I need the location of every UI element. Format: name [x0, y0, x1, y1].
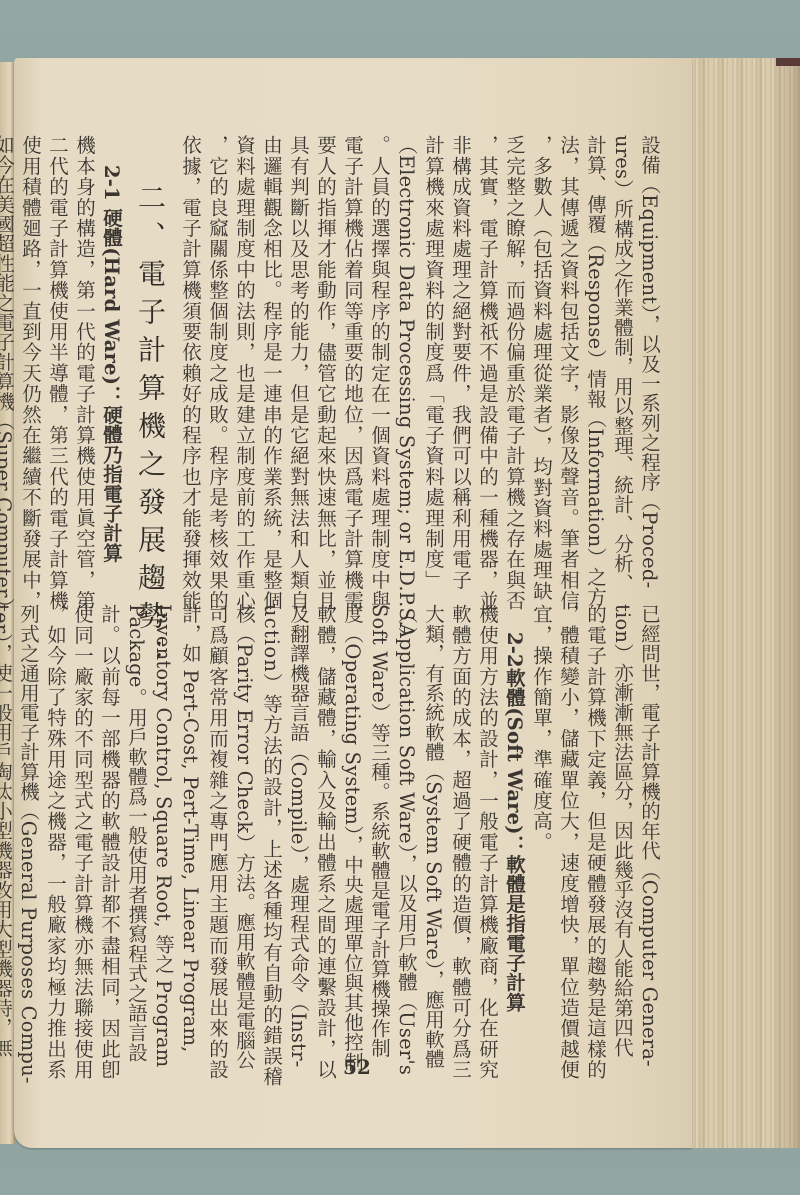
- text-column: 軟體，儲藏體，輸入及輸出體系之間的連繫設計，以: [312, 604, 338, 1034]
- text-column: 電子計算機佔着同等重要的地位，因爲電子計算機需: [339, 135, 365, 575]
- text-column: 度（Operating System），中央處理單位與其他控制: [339, 604, 365, 1034]
- text-column: 具有判斷以及思考的能力，但是它絕對無法和人類自: [285, 135, 311, 575]
- text-column: 計算、傳覆（Response）情報（Information）之方: [582, 135, 608, 575]
- text-column: ，多數人（包括資料處理從業者），均對資料處理缺: [528, 135, 554, 575]
- text-column: uction）等方法的設計，上述各種均有自動的錯誤稽: [258, 604, 284, 1034]
- section-heading: 二、電子計算機之發展趨勢：: [130, 135, 170, 575]
- text-column: （Application Soft Ware），以及用戶軟體（User's: [393, 604, 419, 1034]
- text-column: ，它的良窳關係整個制度之成敗。程序是考核效果的: [204, 135, 230, 575]
- text-column: 由邏輯觀念相比。程序是一連串的作業系統，是整個: [258, 135, 284, 575]
- text-column: 要人的指揮才能動作，儘管它動起來快速無比，並且: [312, 135, 338, 575]
- text-column: 司爲顧客常用而複雜之專門應用主題而發展出來的設: [204, 604, 230, 1034]
- book-cover-edge: [776, 58, 800, 66]
- text-column: 非構成資料處理之絕對要件，我們可以稱利用電子: [447, 135, 473, 575]
- text-column: 使同一廠家的不同型式之電子計算機亦無法聯接使用: [69, 604, 95, 1034]
- text-column: 依據，電子計算機須要依賴好的程序也才能發揮效能: [177, 135, 203, 575]
- top-text-band: 設備（Equipment），以及一系列之程序（Proced- ures）所構成之…: [52, 135, 662, 575]
- text-column: 二代的電子計算機使用半導體，第三代的電子計算機: [44, 135, 70, 575]
- text-column: ter），使一般用戶淘汰小型機器改用大型機器時，無: [0, 604, 14, 1034]
- text-column: Inventory Control, Square Root, 等之 Progr…: [150, 604, 176, 1034]
- text-column: Soft Ware）等三種。系統軟體是電子計算機操作制: [366, 604, 392, 1034]
- text-column: ures）所構成之作業體制，用以整理、統計、分析、: [609, 135, 635, 575]
- text-column: 計算機來處理資料的制度爲「電子資料處理制度」: [420, 135, 446, 575]
- text-column: 軟體方面的成本，超過了硬體的造價，軟體可分爲三: [447, 604, 473, 1034]
- text-column: 設備（Equipment），以及一系列之程序（Proced-: [636, 135, 662, 575]
- text-column: 使用積體廻路，一直到今天仍然在繼續不斷發展中，: [17, 135, 43, 575]
- text-column: 的電子計算機下定義，但是硬體發展的趨勢是這樣的: [582, 604, 608, 1034]
- text-column: ，如今除了特殊用途之機器，一般廠家均極力推出系: [42, 604, 68, 1034]
- text-column: 如今在美國超性能之電子計算機（Super Computer）: [0, 135, 16, 575]
- text-column: 及翻譯機器言語（Compile），處理程式命令（Instr-: [285, 604, 311, 1034]
- text-column: 乏完整之瞭解，而過份偏重於電子計算機之存在與否: [501, 135, 527, 575]
- text-column: （Electronic Data Processing System; or E…: [393, 135, 419, 575]
- text-column: ，體積變小，儲藏單位大，速度增快，單位造價越便: [555, 604, 581, 1034]
- text-column: 資料處理制度中的法則，也是建立制度前的工作重心: [231, 135, 257, 575]
- page-stack-edges: [690, 58, 800, 1148]
- text-column: 機使用方法的設計，一般電子計算機廠商，化在研究: [474, 604, 500, 1034]
- subsection-heading: 2-2軟體(Soft Ware)：軟體是指電子計算: [501, 604, 527, 1062]
- bottom-text-band: 已經問世，電子計算機的年代（Computer Genera- tion）亦漸漸無…: [46, 604, 662, 1034]
- text-column: 列式之通用電子計算機（General Purposes Compu-: [15, 604, 41, 1034]
- text-column: 宜，操作簡單，準確度高。: [528, 604, 554, 1034]
- text-column: 法，其傳遞之資料包括文字，影像及聲音。筆者相信: [555, 135, 581, 575]
- page-number: 52: [343, 1055, 371, 1079]
- text-column: 核（Parity Error Check）方法。應用軟體是電腦公: [231, 604, 257, 1034]
- text-column: 已經問世，電子計算機的年代（Computer Genera-: [636, 604, 662, 1034]
- text-column: ，其實，電子計算機祇不過是設備中的一種機器，並: [474, 135, 500, 575]
- text-column: 大類，有系統軟體（System Soft Ware），應用軟體: [420, 604, 446, 1034]
- text-column: 機本身的構造，第一代的電子計算機使用眞空管，第: [71, 135, 97, 575]
- text-column: 。人員的選擇與程序的制定在一個資料處理制度中與: [366, 135, 392, 575]
- text-column: 計。以前每一部機器的軟體設計都不盡相同，因此卽: [96, 604, 122, 1034]
- text-column: Package。用戶軟體爲一般使用者撰寫程式之語言設: [123, 604, 149, 1034]
- text-column: tion）亦漸漸無法區分，因此幾乎沒有人能給第四代: [609, 604, 635, 1034]
- text-column: 計，如 Pert-Cost, Pert-Time, Linear Program…: [177, 604, 203, 1034]
- subsection-heading: 2-1 硬體(Hard Ware)：硬體乃指電子計算: [98, 135, 124, 605]
